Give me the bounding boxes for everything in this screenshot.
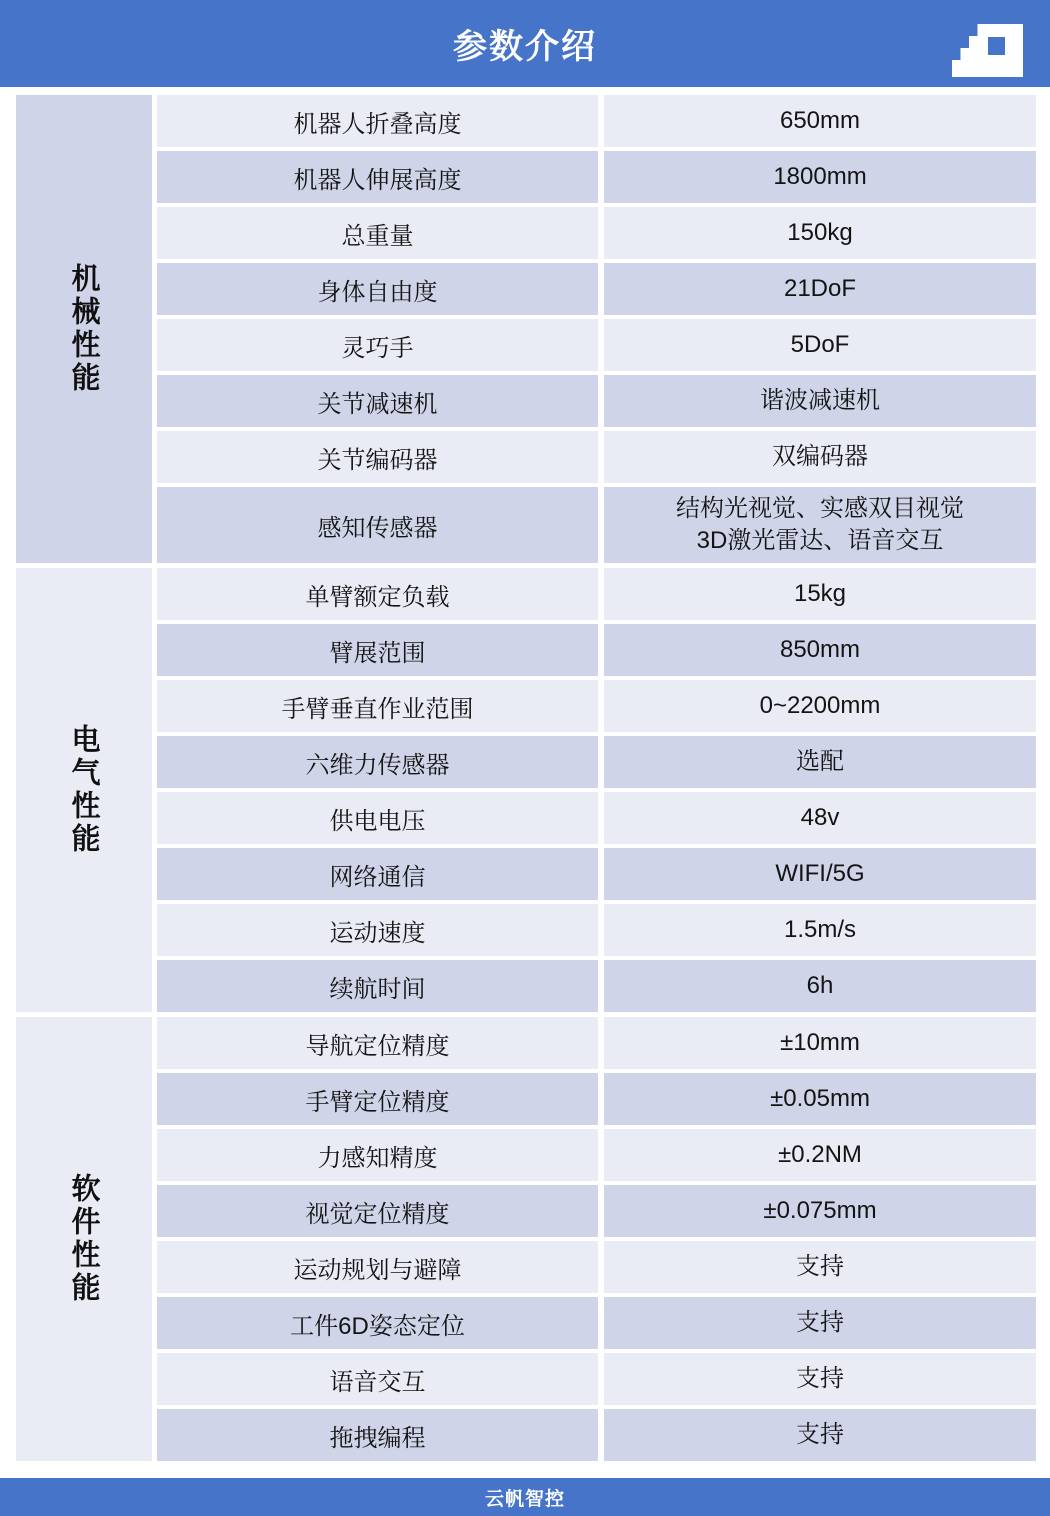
- param-value-cell: 15kg: [604, 568, 1036, 620]
- param-value-cell: 6h: [604, 960, 1036, 1012]
- section-rows: 机器人折叠高度 650mm 机器人伸展高度 1800mm 总重量 150kg 身…: [157, 95, 1036, 563]
- param-name-cell: 灵巧手: [157, 319, 598, 371]
- table-row: 力感知精度 ±0.2NM: [157, 1129, 1036, 1181]
- param-name-cell: 关节减速机: [157, 375, 598, 427]
- param-value-cell: 21DoF: [604, 263, 1036, 315]
- brand-logo-icon: [940, 0, 1035, 88]
- param-value-cell: ±10mm: [604, 1017, 1036, 1069]
- param-value-cell: 5DoF: [604, 319, 1036, 371]
- param-value-cell: ±0.05mm: [604, 1073, 1036, 1125]
- table-row: 机器人伸展高度 1800mm: [157, 151, 1036, 203]
- table-row: 臂展范围 850mm: [157, 624, 1036, 676]
- table-row: 供电电压 48v: [157, 792, 1036, 844]
- param-value-cell: WIFI/5G: [604, 848, 1036, 900]
- section-electrical: 电气性能 单臂额定负载 15kg 臂展范围 850mm 手臂垂直作业范围 0~2…: [16, 568, 1036, 1012]
- param-name-cell: 网络通信: [157, 848, 598, 900]
- section-label-text: 电气性能: [64, 724, 105, 856]
- table-row: 视觉定位精度 ±0.075mm: [157, 1185, 1036, 1237]
- param-name-cell: 拖拽编程: [157, 1409, 598, 1461]
- param-name-cell: 运动速度: [157, 904, 598, 956]
- param-value-cell: ±0.2NM: [604, 1129, 1036, 1181]
- param-name-cell: 语音交互: [157, 1353, 598, 1405]
- param-name-cell: 力感知精度: [157, 1129, 598, 1181]
- table-row: 感知传感器 结构光视觉、实感双目视觉 3D激光雷达、语音交互: [157, 487, 1036, 563]
- param-value-cell: 支持: [604, 1241, 1036, 1293]
- table-row: 身体自由度 21DoF: [157, 263, 1036, 315]
- header-bar: 参数介绍: [0, 0, 1050, 87]
- param-name-cell: 工件6D姿态定位: [157, 1297, 598, 1349]
- param-value-cell: ±0.075mm: [604, 1185, 1036, 1237]
- page-title: 参数介绍: [453, 19, 597, 68]
- table-row: 运动规划与避障 支持: [157, 1241, 1036, 1293]
- table-row: 语音交互 支持: [157, 1353, 1036, 1405]
- param-name-cell: 身体自由度: [157, 263, 598, 315]
- param-name-cell: 六维力传感器: [157, 736, 598, 788]
- section-label-electrical: 电气性能: [16, 568, 152, 1012]
- section-label-software: 软件性能: [16, 1017, 152, 1461]
- param-value-cell: 650mm: [604, 95, 1036, 147]
- param-name-cell: 关节编码器: [157, 431, 598, 483]
- section-rows: 导航定位精度 ±10mm 手臂定位精度 ±0.05mm 力感知精度 ±0.2NM…: [157, 1017, 1036, 1461]
- param-value-cell: 选配: [604, 736, 1036, 788]
- param-name-cell: 运动规划与避障: [157, 1241, 598, 1293]
- param-name-cell: 视觉定位精度: [157, 1185, 598, 1237]
- param-name-cell: 单臂额定负载: [157, 568, 598, 620]
- table-row: 单臂额定负载 15kg: [157, 568, 1036, 620]
- param-value-cell: 1800mm: [604, 151, 1036, 203]
- param-value-cell: 支持: [604, 1353, 1036, 1405]
- param-value-cell: 48v: [604, 792, 1036, 844]
- table-row: 总重量 150kg: [157, 207, 1036, 259]
- section-label-mechanical: 机械性能: [16, 95, 152, 563]
- section-mechanical: 机械性能 机器人折叠高度 650mm 机器人伸展高度 1800mm 总重量 15…: [16, 95, 1036, 563]
- param-name-cell: 供电电压: [157, 792, 598, 844]
- table-row: 手臂垂直作业范围 0~2200mm: [157, 680, 1036, 732]
- table-row: 关节编码器 双编码器: [157, 431, 1036, 483]
- table-row: 六维力传感器 选配: [157, 736, 1036, 788]
- table-row: 手臂定位精度 ±0.05mm: [157, 1073, 1036, 1125]
- section-label-text: 机械性能: [64, 263, 105, 395]
- param-value-cell: 850mm: [604, 624, 1036, 676]
- param-value-cell: 支持: [604, 1409, 1036, 1461]
- table-row: 运动速度 1.5m/s: [157, 904, 1036, 956]
- param-value-cell: 结构光视觉、实感双目视觉 3D激光雷达、语音交互: [604, 487, 1036, 563]
- table-row: 灵巧手 5DoF: [157, 319, 1036, 371]
- section-software: 软件性能 导航定位精度 ±10mm 手臂定位精度 ±0.05mm 力感知精度 ±…: [16, 1017, 1036, 1461]
- param-value-cell: 双编码器: [604, 431, 1036, 483]
- section-rows: 单臂额定负载 15kg 臂展范围 850mm 手臂垂直作业范围 0~2200mm…: [157, 568, 1036, 1012]
- table-row: 关节减速机 谐波减速机: [157, 375, 1036, 427]
- param-name-cell: 导航定位精度: [157, 1017, 598, 1069]
- param-name-cell: 手臂垂直作业范围: [157, 680, 598, 732]
- section-label-text: 软件性能: [64, 1173, 105, 1305]
- footer-bar: 云帆智控: [0, 1478, 1050, 1516]
- param-name-cell: 机器人伸展高度: [157, 151, 598, 203]
- param-value-cell: 1.5m/s: [604, 904, 1036, 956]
- table-row: 网络通信 WIFI/5G: [157, 848, 1036, 900]
- param-name-cell: 感知传感器: [157, 487, 598, 563]
- param-name-cell: 总重量: [157, 207, 598, 259]
- param-name-cell: 手臂定位精度: [157, 1073, 598, 1125]
- table-row: 拖拽编程 支持: [157, 1409, 1036, 1461]
- spec-table: 机械性能 机器人折叠高度 650mm 机器人伸展高度 1800mm 总重量 15…: [16, 95, 1036, 1461]
- table-row: 机器人折叠高度 650mm: [157, 95, 1036, 147]
- table-row: 续航时间 6h: [157, 960, 1036, 1012]
- footer-brand: 云帆智控: [485, 1484, 565, 1511]
- table-row: 导航定位精度 ±10mm: [157, 1017, 1036, 1069]
- param-value-cell: 支持: [604, 1297, 1036, 1349]
- param-name-cell: 臂展范围: [157, 624, 598, 676]
- table-row: 工件6D姿态定位 支持: [157, 1297, 1036, 1349]
- param-name-cell: 续航时间: [157, 960, 598, 1012]
- param-name-cell: 机器人折叠高度: [157, 95, 598, 147]
- param-value-cell: 0~2200mm: [604, 680, 1036, 732]
- param-value-cell: 谐波减速机: [604, 375, 1036, 427]
- param-value-cell: 150kg: [604, 207, 1036, 259]
